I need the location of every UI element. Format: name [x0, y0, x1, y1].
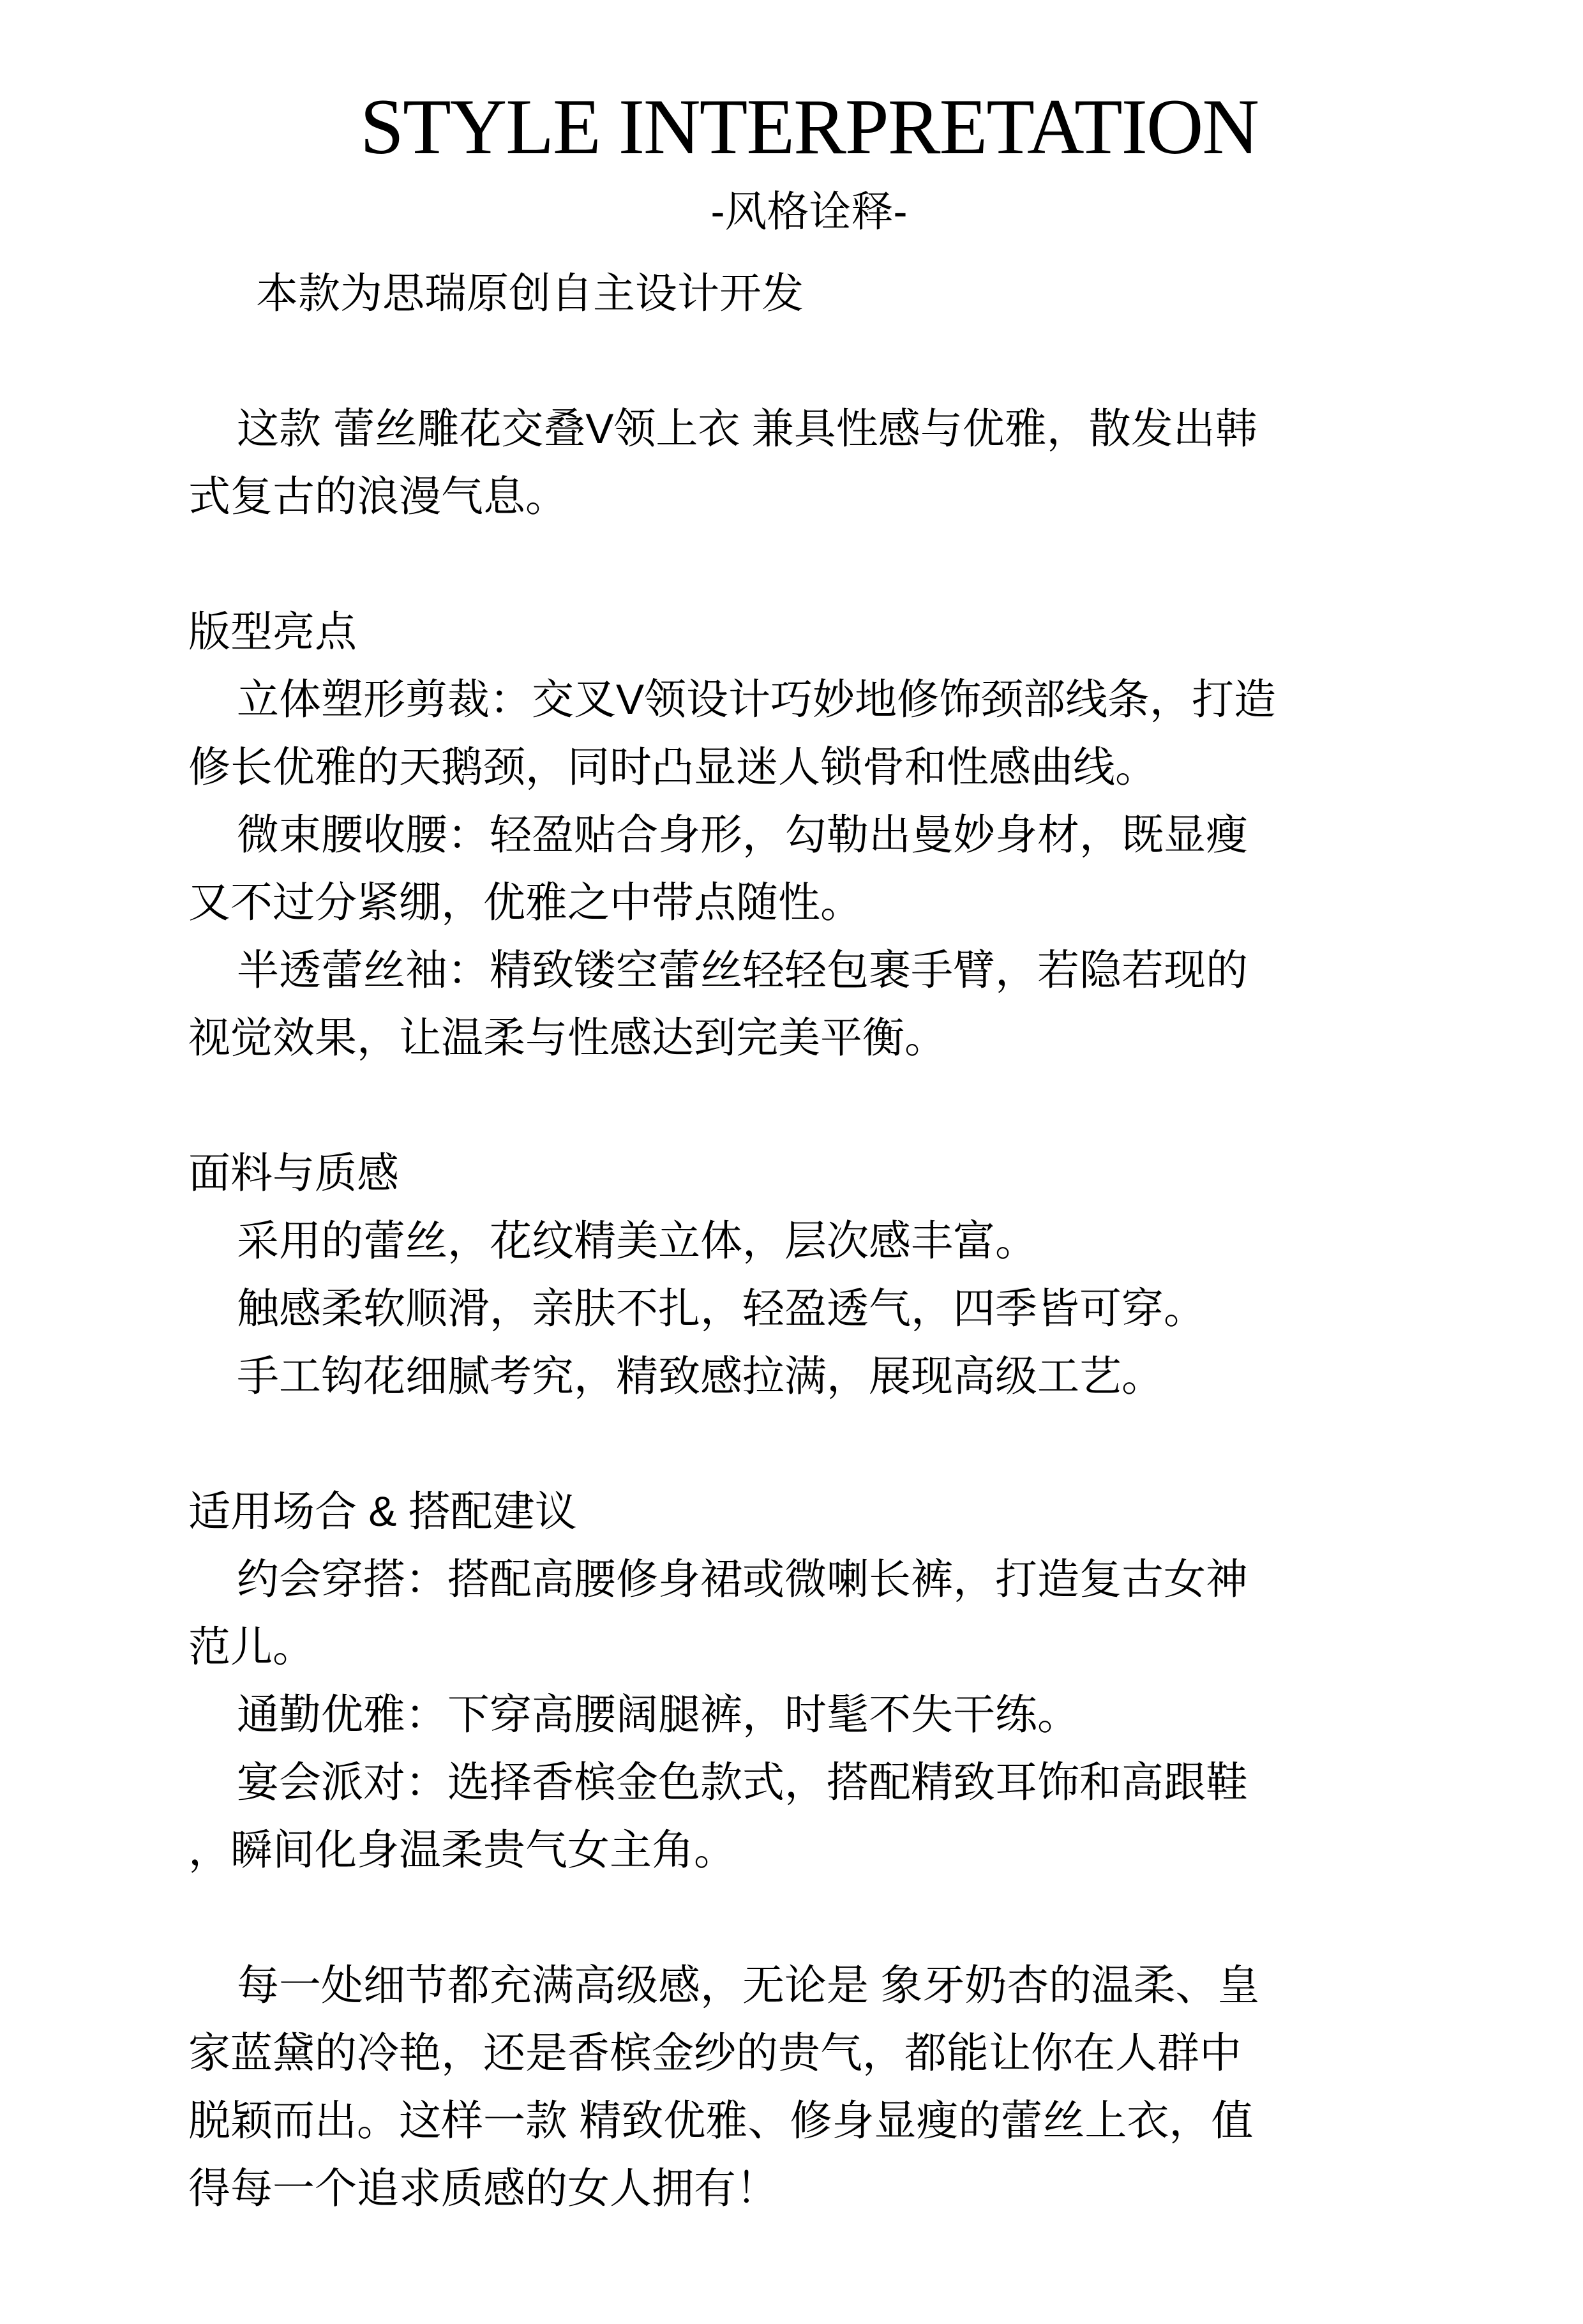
section-paragraph: 约会穿搭：搭配高腰修身裙或微喇长裤，打造复古女神 范儿。: [188, 1545, 1430, 1680]
section-paragraph: 宴会派对：选择香槟金色款式，搭配精致耳饰和高跟鞋 ，瞬间化身温柔贵气女主角。: [188, 1748, 1430, 1883]
page-title: STYLE INTERPRETATION: [188, 79, 1430, 175]
section-paragraph: 采用的蕾丝，花纹精美立体，层次感丰富。: [188, 1207, 1430, 1274]
intro-paragraph: 这款 蕾丝雕花交叠V领上衣 兼具性感与优雅，散发出韩 式复古的浪漫气息。: [188, 395, 1430, 530]
section-paragraph: 半透蕾丝袖：精致镂空蕾丝轻轻包裹手臂，若隐若现的 视觉效果，让温柔与性感达到完美…: [188, 936, 1430, 1071]
section-paragraph: 微束腰收腰：轻盈贴合身形，勾勒出曼妙身材，既显瘦 又不过分紧绷，优雅之中带点随性…: [188, 801, 1430, 936]
section-fit-highlights: 版型亮点 立体塑形剪裁：交叉V领设计巧妙地修饰颈部线条，打造 修长优雅的天鹅颈，…: [188, 598, 1430, 1071]
section-heading: 面料与质感: [188, 1139, 1430, 1207]
section-paragraph: 触感柔软顺滑，亲肤不扎，轻盈透气，四季皆可穿。: [188, 1274, 1430, 1342]
style-interpretation-page: STYLE INTERPRETATION -风格诠释- 本款为思瑞原创自主设计开…: [0, 0, 1583, 2324]
section-paragraph: 通勤优雅：下穿高腰阔腿裤，时髦不失干练。: [188, 1680, 1430, 1748]
origin-note: 本款为思瑞原创自主设计开发: [188, 259, 1430, 327]
section-occasions-styling: 适用场合 & 搭配建议 约会穿搭：搭配高腰修身裙或微喇长裤，打造复古女神 范儿。…: [188, 1477, 1430, 1883]
section-heading: 版型亮点: [188, 598, 1430, 665]
section-paragraph: 立体塑形剪裁：交叉V领设计巧妙地修饰颈部线条，打造 修长优雅的天鹅颈，同时凸显迷…: [188, 665, 1430, 801]
closing-paragraph: 每一处细节都充满高级感，无论是 象牙奶杏的温柔、皇 家蓝黛的冷艳，还是香槟金纱的…: [188, 1951, 1430, 2222]
page-subtitle: -风格诠释-: [188, 177, 1430, 245]
section-fabric-texture: 面料与质感 采用的蕾丝，花纹精美立体，层次感丰富。 触感柔软顺滑，亲肤不扎，轻盈…: [188, 1139, 1430, 1410]
section-heading: 适用场合 & 搭配建议: [188, 1477, 1430, 1545]
section-paragraph: 手工钩花细腻考究，精致感拉满，展现高级工艺。: [188, 1342, 1430, 1410]
